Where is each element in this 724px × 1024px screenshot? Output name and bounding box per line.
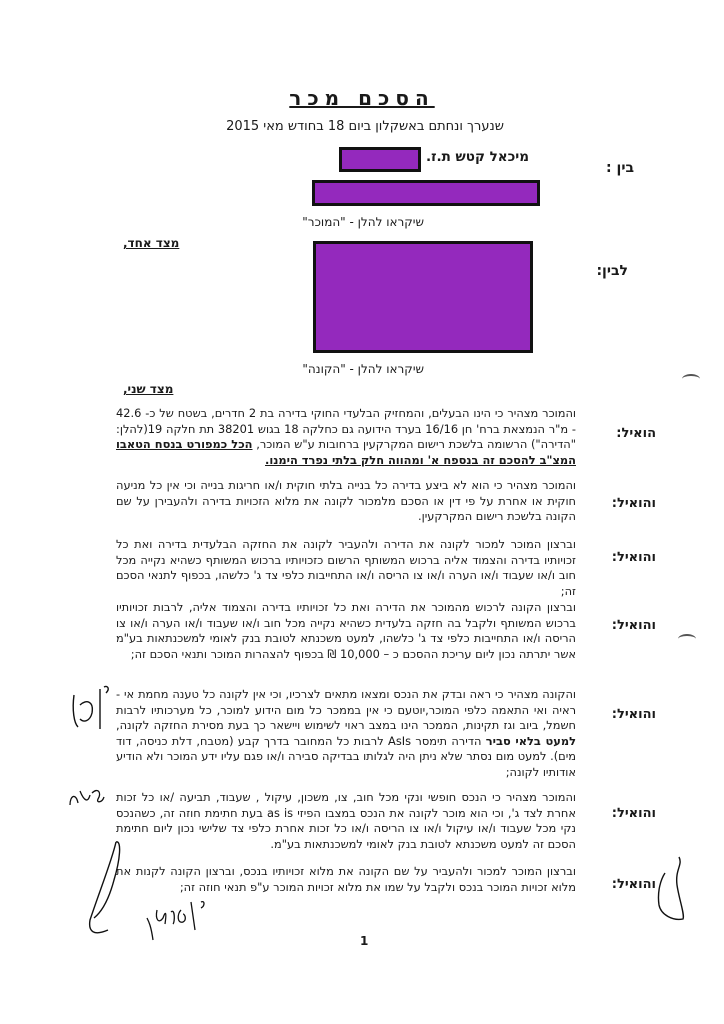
seller-name: מיכאל קטש ת.ז. xyxy=(426,149,529,165)
clause-5-text: והקונה מצהיר כי ראה ובדק את הנכס ומצאו מ… xyxy=(116,687,576,781)
clause-7-text: וברצון המוכר למכור ולהעביר על שם הקונה א… xyxy=(116,864,576,895)
redacted-buyer-details xyxy=(313,241,533,353)
clause-label-3: והואיל: xyxy=(596,550,656,565)
signature-left xyxy=(80,840,130,940)
side-two-label: מצד שני, xyxy=(123,382,173,396)
signature-right xyxy=(655,855,695,925)
clause-label-1: הואיל: xyxy=(596,426,656,441)
seller-alias: שיקראו להלן - "המוכר" xyxy=(302,215,424,229)
handwritten-initials-2 xyxy=(68,785,108,810)
clause-label-7: והואיל: xyxy=(596,877,656,892)
handwritten-initials-1 xyxy=(70,685,120,735)
clause-4-text: וברצון הקונה לרכוש מהמוכר את הדירה ואת כ… xyxy=(116,600,576,662)
clause-label-4: והואיל: xyxy=(596,618,656,633)
punch-mark-bottom xyxy=(678,634,696,644)
side-one-label: מצד אחד, xyxy=(123,236,179,250)
clause-2-text: והמוכר מצהיר כי הוא לא ביצע בדירה כל בני… xyxy=(116,478,576,525)
clause-label-6: והואיל: xyxy=(596,806,656,821)
clause-1-text: והמוכר מצהיר כי הינו הבעלים, והמחזיק הבל… xyxy=(116,406,576,468)
document-title: הסכם מכר xyxy=(0,86,724,110)
clause-3-text: וברצון המוכר למכור לקונה את הדירה ולהעבי… xyxy=(116,537,576,599)
and-between-label: לבין: xyxy=(596,263,628,279)
between-label: בין : xyxy=(606,160,634,176)
punch-mark-top xyxy=(682,374,700,384)
redacted-seller-id xyxy=(339,147,421,172)
clause-label-2: והואיל: xyxy=(596,496,656,511)
handwritten-footer-initials xyxy=(145,900,215,950)
clause-label-5: והואיל: xyxy=(596,707,656,722)
document-subtitle: שנערך ונחתם באשקלון ביום 18 בחודש מאי 20… xyxy=(200,119,530,134)
redacted-seller-address xyxy=(312,180,540,206)
page-number: 1 xyxy=(360,934,368,948)
clause-6-text: והמוכר מצהיר כי הנכס חופשי ונקי מכל חוב,… xyxy=(116,790,576,852)
buyer-alias: שיקראו להלן - "הקונה" xyxy=(302,362,424,376)
